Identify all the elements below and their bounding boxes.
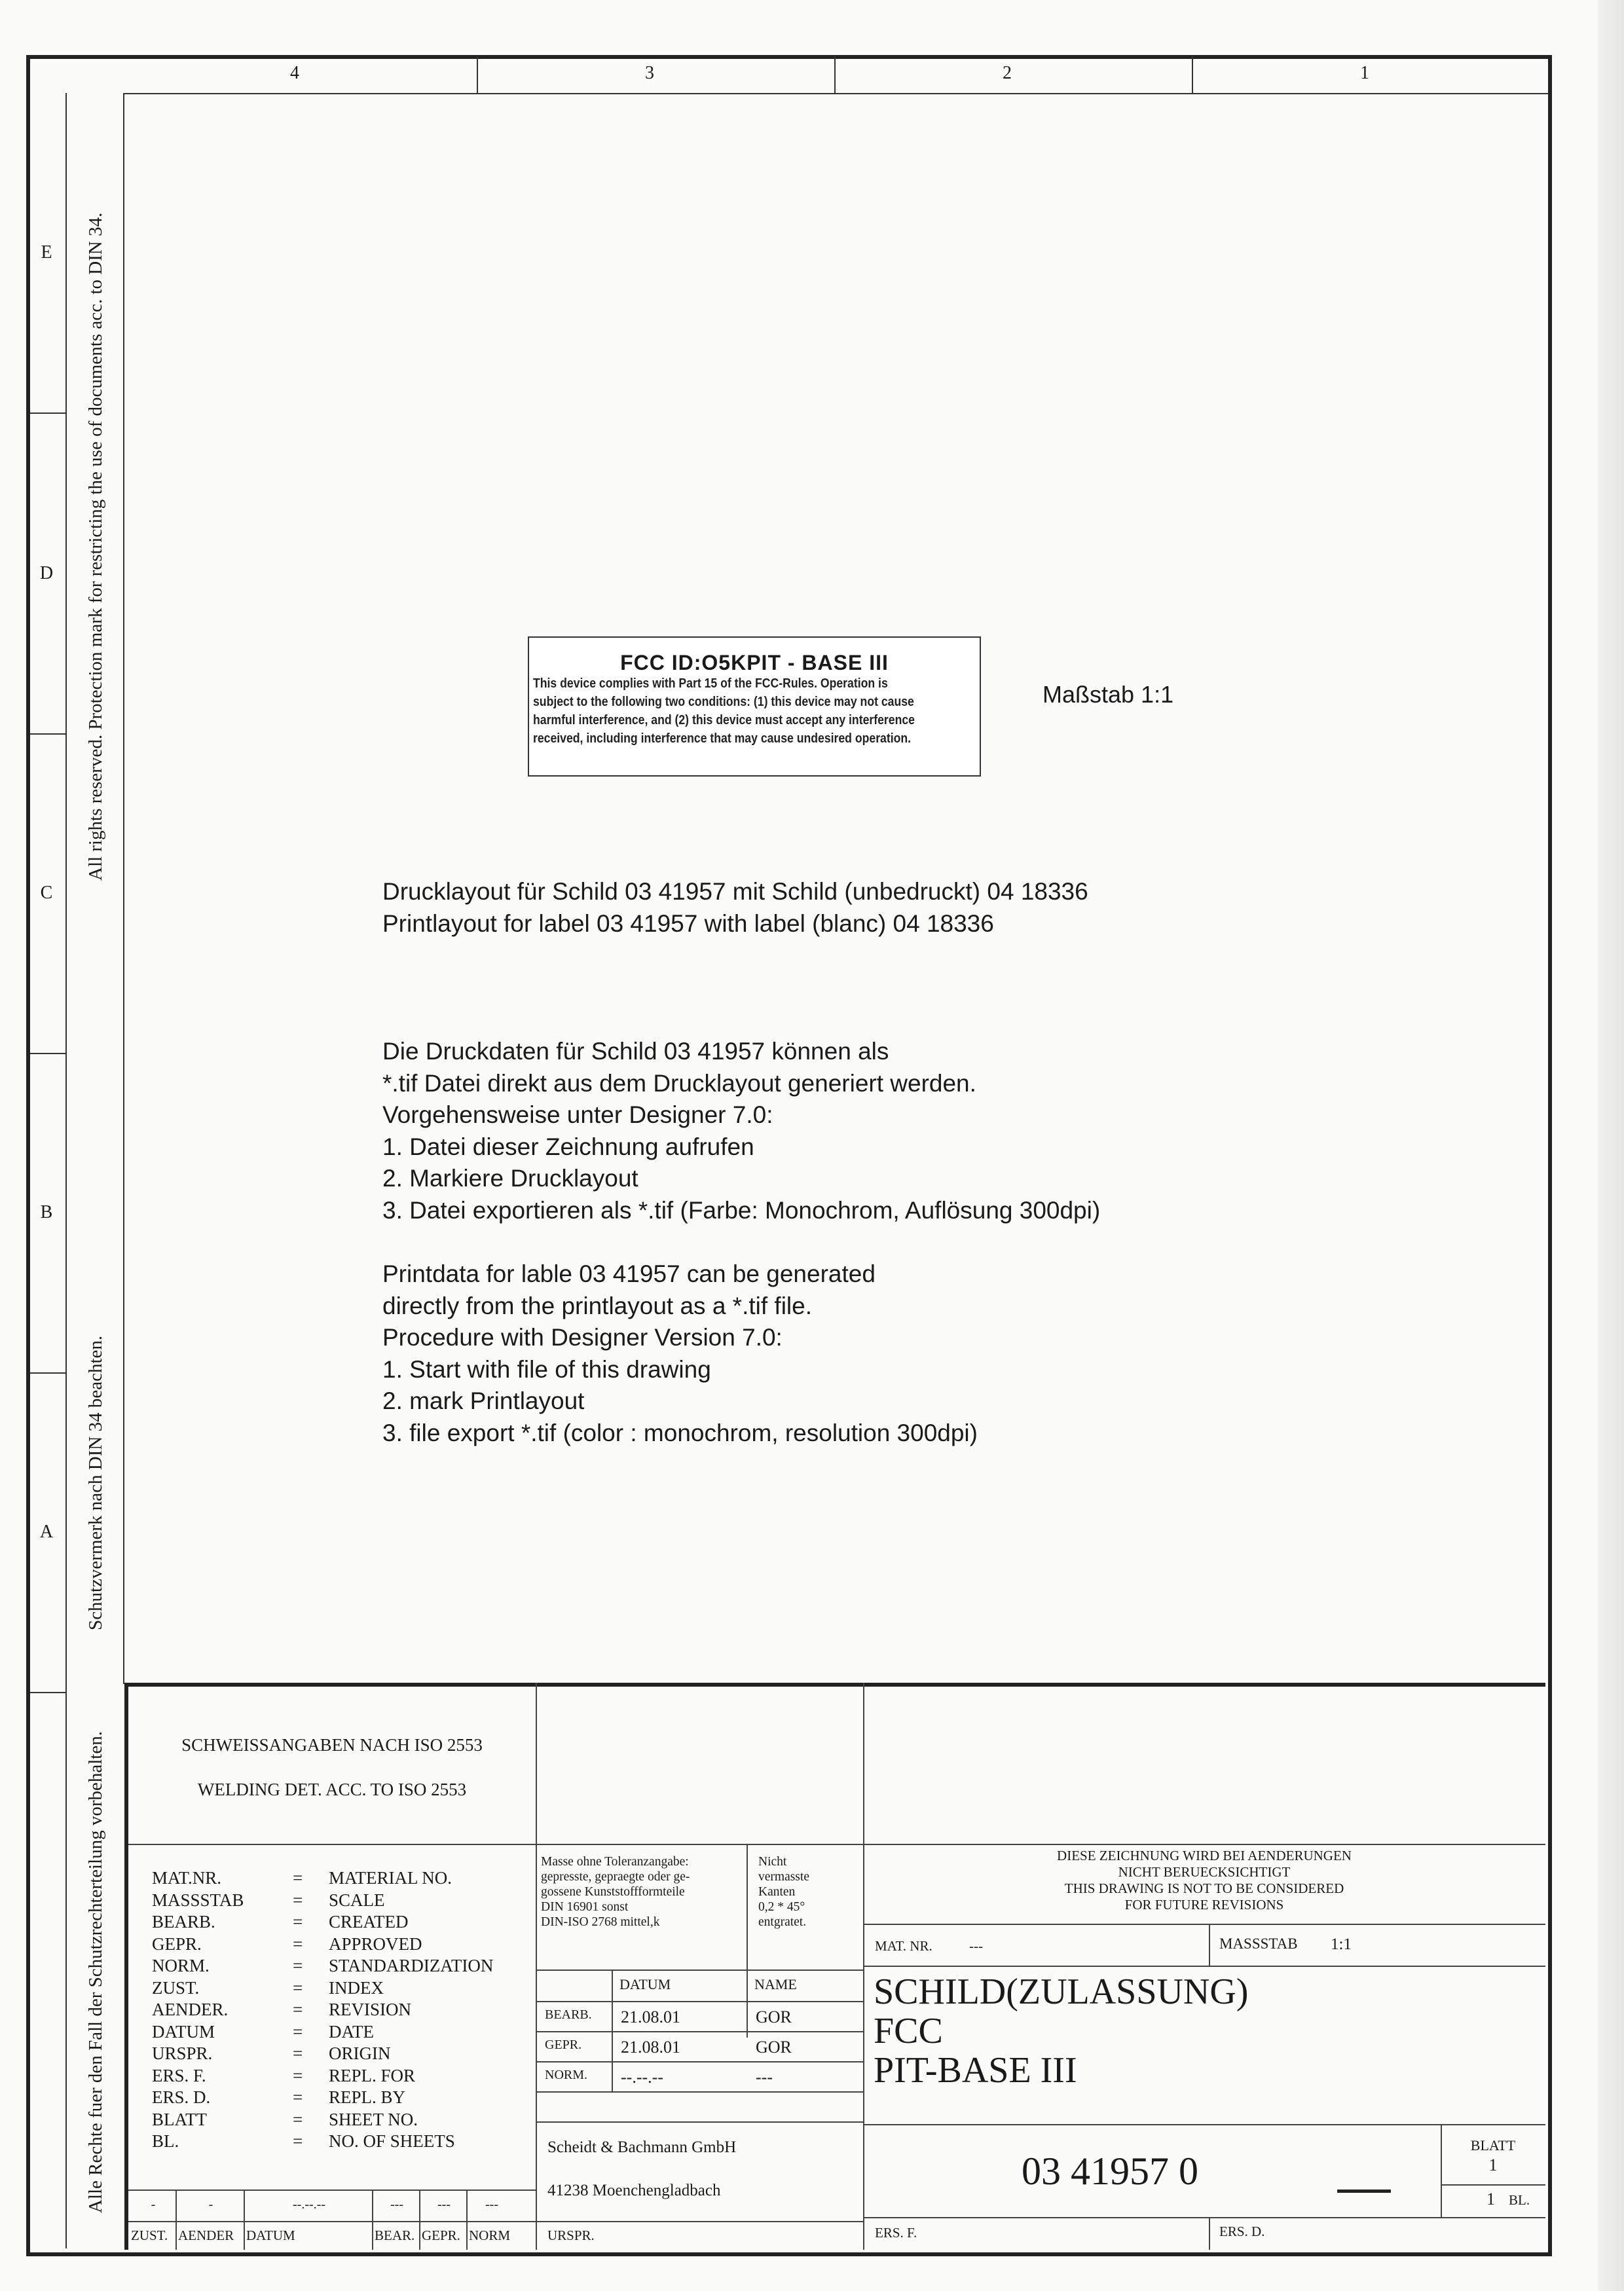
tolerance-line: gossene Kunststoffformteile <box>541 1884 690 1899</box>
abbreviation-value: STANDARDIZATION <box>329 1955 493 1977</box>
abbreviation-key: DATUM <box>152 2021 293 2044</box>
fcc-label-line: subject to the following two conditions:… <box>533 693 984 711</box>
revision-value: --- <box>373 2197 420 2212</box>
mat-nr-label: MAT. NR. <box>875 1938 932 1954</box>
abbreviation-row: BEARB.=CREATED <box>152 1911 493 1934</box>
edge-note-line: Nicht <box>758 1854 809 1869</box>
instruction-line: Die Druckdaten für Schild 03 41957 könne… <box>382 1036 1100 1068</box>
divider <box>1209 1924 1210 1966</box>
scan-edge <box>1598 0 1624 2291</box>
tolerance-line: gepresste, gepraegte oder ge- <box>541 1869 690 1884</box>
abbreviation-equals: = <box>293 1999 329 2021</box>
abbreviation-equals: = <box>293 2087 329 2109</box>
divider <box>863 2124 1545 2125</box>
ruler-row-B: B <box>30 1202 63 1223</box>
abbreviation-equals: = <box>293 2043 329 2065</box>
divider <box>244 2190 245 2250</box>
abbreviation-equals: = <box>293 1934 329 1956</box>
fcc-label-line: This device complies with Part 15 of the… <box>533 674 984 693</box>
layout-heading: Drucklayout für Schild 03 41957 mit Schi… <box>382 876 1088 940</box>
abbreviation-key: BLATT <box>152 2109 293 2131</box>
revision-header: ZUST. <box>131 2227 168 2244</box>
approval-date: 21.08.01 <box>621 2007 680 2027</box>
approval-role: NORM. <box>545 2068 587 2083</box>
scale-note: Maßstab 1:1 <box>1043 681 1173 708</box>
divider <box>536 2091 863 2093</box>
abbreviation-row: AENDER.=REVISION <box>152 1999 493 2021</box>
layout-heading-de: Drucklayout für Schild 03 41957 mit Schi… <box>382 876 1088 908</box>
abbreviation-row: NORM.=STANDARDIZATION <box>152 1955 493 1977</box>
abbreviation-key: NORM. <box>152 1955 293 1977</box>
revision-notice-line: FOR FUTURE REVISIONS <box>863 1897 1545 1913</box>
abbreviation-key: BL. <box>152 2131 293 2153</box>
row-divider <box>30 733 65 735</box>
abbreviation-row: MAT.NR.=MATERIAL NO. <box>152 1867 493 1890</box>
welding-note-en: WELDING DET. ACC. TO ISO 2553 <box>128 1780 536 1800</box>
abbreviation-equals: = <box>293 2109 329 2131</box>
abbreviation-legend: MAT.NR.=MATERIAL NO.MASSSTAB=SCALEBEARB.… <box>152 1867 493 2153</box>
divider <box>466 2190 468 2250</box>
drawing-title-line: PIT-BASE III <box>874 2051 1248 2090</box>
sheet-no: 1 <box>1441 2155 1545 2175</box>
scale-label: MASSSTAB <box>1219 1935 1298 1952</box>
fcc-label-line: harmful interference, and (2) this devic… <box>533 711 984 729</box>
abbreviation-row: BL.=NO. OF SHEETS <box>152 2131 493 2153</box>
abbreviation-value: MATERIAL NO. <box>329 1867 452 1890</box>
abbreviation-key: ERS. F. <box>152 2065 293 2087</box>
revision-header: NORM <box>469 2227 510 2244</box>
instruction-line: 1. Start with file of this drawing <box>382 1354 978 1386</box>
ruler-row-A: A <box>30 1522 63 1543</box>
abbreviation-row: GEPR.=APPROVED <box>152 1934 493 1956</box>
revision-header: GEPR. <box>422 2227 460 2244</box>
ruler-divider <box>834 56 836 93</box>
revision-header: DATUM <box>246 2227 295 2244</box>
approval-date: 21.08.01 <box>621 2038 680 2057</box>
ruler-top-line <box>124 93 1548 94</box>
drawing-title: SCHILD(ZULASSUNG) FCC PIT-BASE III <box>874 1972 1248 2090</box>
approval-date: --.--.-- <box>621 2068 663 2087</box>
abbreviation-value: SCALE <box>329 1890 385 1912</box>
edge-note-line: Kanten <box>758 1884 809 1899</box>
revision-value: - <box>177 2197 245 2212</box>
approval-header-name: NAME <box>754 1976 797 1993</box>
drawing-title-line: FCC <box>874 2011 1248 2051</box>
abbreviation-equals: = <box>293 2065 329 2087</box>
abbreviation-value: INDEX <box>329 1977 384 2000</box>
revision-value: - <box>130 2197 177 2212</box>
abbreviation-value: SHEET NO. <box>329 2109 418 2131</box>
revision-value: --- <box>420 2197 468 2212</box>
abbreviation-equals: = <box>293 2021 329 2044</box>
revision-notice: DIESE ZEICHNUNG WIRD BEI AENDERUNGEN NIC… <box>863 1848 1545 1913</box>
company-address: 41238 Moenchengladbach <box>547 2182 721 2200</box>
layout-heading-en: Printlayout for label 03 41957 with labe… <box>382 908 1088 940</box>
instruction-line: 3. Datei exportieren als *.tif (Farbe: M… <box>382 1195 1100 1227</box>
divider <box>128 1844 536 1845</box>
instructions-de: Die Druckdaten für Schild 03 41957 könne… <box>382 1036 1100 1226</box>
divider <box>863 1924 1545 1925</box>
ruler-column-4: 4 <box>275 63 314 84</box>
divider <box>1441 2184 1545 2186</box>
abbreviation-key: BEARB. <box>152 1911 293 1934</box>
abbreviation-value: ORIGIN <box>329 2043 391 2065</box>
revision-table: ----.--.-----------ZUST.AENDERDATUMBEAR.… <box>128 2190 536 2250</box>
abbreviation-key: MAT.NR. <box>152 1867 293 1890</box>
protection-note-en: All rights reserved. Protection mark for… <box>85 213 107 881</box>
left-strip-line <box>65 93 67 2248</box>
welding-note-de: SCHWEISSANGABEN NACH ISO 2553 <box>128 1735 536 1755</box>
abbreviation-key: ERS. D. <box>152 2087 293 2109</box>
divider <box>175 2190 177 2250</box>
abbreviation-key: URSPR. <box>152 2043 293 2065</box>
tolerance-line: Masse ohne Toleranzangabe: <box>541 1854 690 1869</box>
divider <box>536 2061 863 2062</box>
abbreviation-value: REPL. FOR <box>329 2065 415 2087</box>
abbreviation-value: DATE <box>329 2021 374 2044</box>
divider <box>372 2190 373 2250</box>
ruler-column-2: 2 <box>987 63 1027 84</box>
drawing-suffix <box>1337 2190 1391 2193</box>
ruler-row-C: C <box>30 883 63 904</box>
divider <box>612 1970 613 2091</box>
divider <box>536 1970 863 1971</box>
divider <box>536 2001 863 2002</box>
abbreviation-row: ZUST.=INDEX <box>152 1977 493 2000</box>
divider <box>536 1683 537 2250</box>
revision-notice-line: NICHT BERUECKSICHTIGT <box>863 1864 1545 1880</box>
title-block: SCHWEISSANGABEN NACH ISO 2553 WELDING DE… <box>124 1683 1545 2250</box>
revision-notice-line: THIS DRAWING IS NOT TO BE CONSIDERED <box>863 1880 1545 1897</box>
instruction-line: 2. mark Printlayout <box>382 1385 978 1418</box>
instruction-line: Procedure with Designer Version 7.0: <box>382 1322 978 1354</box>
abbreviation-equals: = <box>293 1977 329 2000</box>
approval-name: GOR <box>756 2007 792 2027</box>
approval-name: GOR <box>756 2038 792 2057</box>
abbreviation-key: GEPR. <box>152 1934 293 1956</box>
company-name: Scheidt & Bachmann GmbH <box>547 2138 736 2157</box>
abbreviation-row: MASSSTAB=SCALE <box>152 1890 493 1912</box>
row-divider <box>30 1053 65 1054</box>
abbreviation-row: URSPR.=ORIGIN <box>152 2043 493 2065</box>
abbreviation-equals: = <box>293 1955 329 1977</box>
fcc-label-title: FCC ID:O5KPIT - BASE III <box>529 651 980 675</box>
instruction-line: 1. Datei dieser Zeichnung aufrufen <box>382 1131 1100 1164</box>
drawing-title-line: SCHILD(ZULASSUNG) <box>874 1972 1248 2011</box>
revision-value: --.--.-- <box>245 2197 373 2212</box>
abbreviation-key: MASSSTAB <box>152 1890 293 1912</box>
divider <box>863 2217 1545 2218</box>
instructions-en: Printdata for lable 03 41957 can be gene… <box>382 1258 978 1449</box>
abbreviation-row: ERS. D.=REPL. BY <box>152 2087 493 2109</box>
abbreviation-value: CREATED <box>329 1911 409 1934</box>
divider <box>1209 2217 1210 2250</box>
abbreviation-equals: = <box>293 1867 329 1890</box>
edge-note: Nicht vermasste Kanten 0,2 * 45° entgrat… <box>758 1854 809 1930</box>
edge-note-line: 0,2 * 45° <box>758 1899 809 1915</box>
scale-value: 1:1 <box>1331 1935 1352 1954</box>
sheet-count: 1 <box>1486 2190 1495 2209</box>
instruction-line: Vorgehensweise unter Designer 7.0: <box>382 1099 1100 1131</box>
protection-note-de: Schutzvermerk nach DIN 34 beachten. <box>85 1336 107 1630</box>
divider <box>419 2190 420 2250</box>
divider <box>536 2221 863 2222</box>
sheet-label: BLATT <box>1441 2137 1545 2154</box>
revision-notice-line: DIESE ZEICHNUNG WIRD BEI AENDERUNGEN <box>863 1848 1545 1864</box>
fcc-label-body: This device complies with Part 15 of the… <box>533 674 984 748</box>
abbreviation-equals: = <box>293 1911 329 1934</box>
mat-nr-value: --- <box>969 1938 983 1954</box>
origin-label: URSPR. <box>547 2227 595 2244</box>
abbreviation-row: BLATT=SHEET NO. <box>152 2109 493 2131</box>
divider <box>536 2121 863 2123</box>
tolerance-note: Masse ohne Toleranzangabe: gepresste, ge… <box>541 1854 690 1930</box>
title-block-left-border <box>124 1683 128 2250</box>
revision-header: AENDER <box>178 2227 234 2244</box>
ruler-row-D: D <box>30 563 63 584</box>
instruction-line: 3. file export *.tif (color : monochrom,… <box>382 1418 978 1450</box>
abbreviation-key: ZUST. <box>152 1977 293 2000</box>
abbreviation-row: DATUM=DATE <box>152 2021 493 2044</box>
approval-role: BEARB. <box>545 2007 592 2023</box>
divider <box>536 2031 863 2032</box>
edge-note-line: entgratet. <box>758 1915 809 1930</box>
abbreviation-equals: = <box>293 1890 329 1912</box>
ruler-column-1: 1 <box>1345 63 1384 84</box>
instruction-line: *.tif Datei direkt aus dem Drucklayout g… <box>382 1068 1100 1100</box>
replaced-by-label: ERS. D. <box>1219 2224 1264 2240</box>
abbreviation-value: REVISION <box>329 1999 411 2021</box>
sheet-count-label: BL. <box>1509 2192 1530 2209</box>
fcc-label-line: received, including interference that ma… <box>533 729 984 748</box>
divider <box>863 1966 1545 1967</box>
revision-value: --- <box>468 2197 516 2212</box>
edge-note-line: vermasste <box>758 1869 809 1884</box>
ruler-column-3: 3 <box>630 63 669 84</box>
approval-role: GEPR. <box>545 2038 581 2053</box>
drawing-number: 03 41957 0 <box>1022 2149 1198 2194</box>
abbreviation-value: NO. OF SHEETS <box>329 2131 455 2153</box>
approval-header-date: DATUM <box>619 1976 671 1993</box>
abbreviation-value: REPL. BY <box>329 2087 405 2109</box>
replaced-for-label: ERS. F. <box>875 2225 917 2241</box>
abbreviation-key: AENDER. <box>152 1999 293 2021</box>
instruction-line: 2. Markiere Drucklayout <box>382 1163 1100 1195</box>
instruction-line: Printdata for lable 03 41957 can be gene… <box>382 1258 978 1291</box>
abbreviation-equals: = <box>293 2131 329 2153</box>
ruler-row-E: E <box>30 242 63 263</box>
abbreviation-row: ERS. F.=REPL. FOR <box>152 2065 493 2087</box>
row-divider <box>30 1692 65 1693</box>
tolerance-line: DIN 16901 sonst <box>541 1899 690 1915</box>
abbreviation-value: APPROVED <box>329 1934 422 1956</box>
instruction-line: directly from the printlayout as a *.tif… <box>382 1291 978 1323</box>
tolerance-line: DIN-ISO 2768 mittel,k <box>541 1915 690 1930</box>
approval-name: --- <box>756 2068 773 2087</box>
left-inner-line <box>123 93 124 1684</box>
ruler-divider <box>1192 56 1193 93</box>
revision-header: BEAR. <box>375 2227 415 2244</box>
title-block-top-border <box>124 1683 1545 1687</box>
fcc-label-print-layout: FCC ID:O5KPIT - BASE III This device com… <box>528 636 981 777</box>
divider <box>536 1844 1545 1845</box>
row-divider <box>30 412 65 414</box>
row-divider <box>30 1372 65 1374</box>
rights-note-de: Alle Rechte fuer den Fall der Schutzrech… <box>85 1731 107 2213</box>
ruler-divider <box>477 56 478 93</box>
divider <box>747 1844 748 2038</box>
